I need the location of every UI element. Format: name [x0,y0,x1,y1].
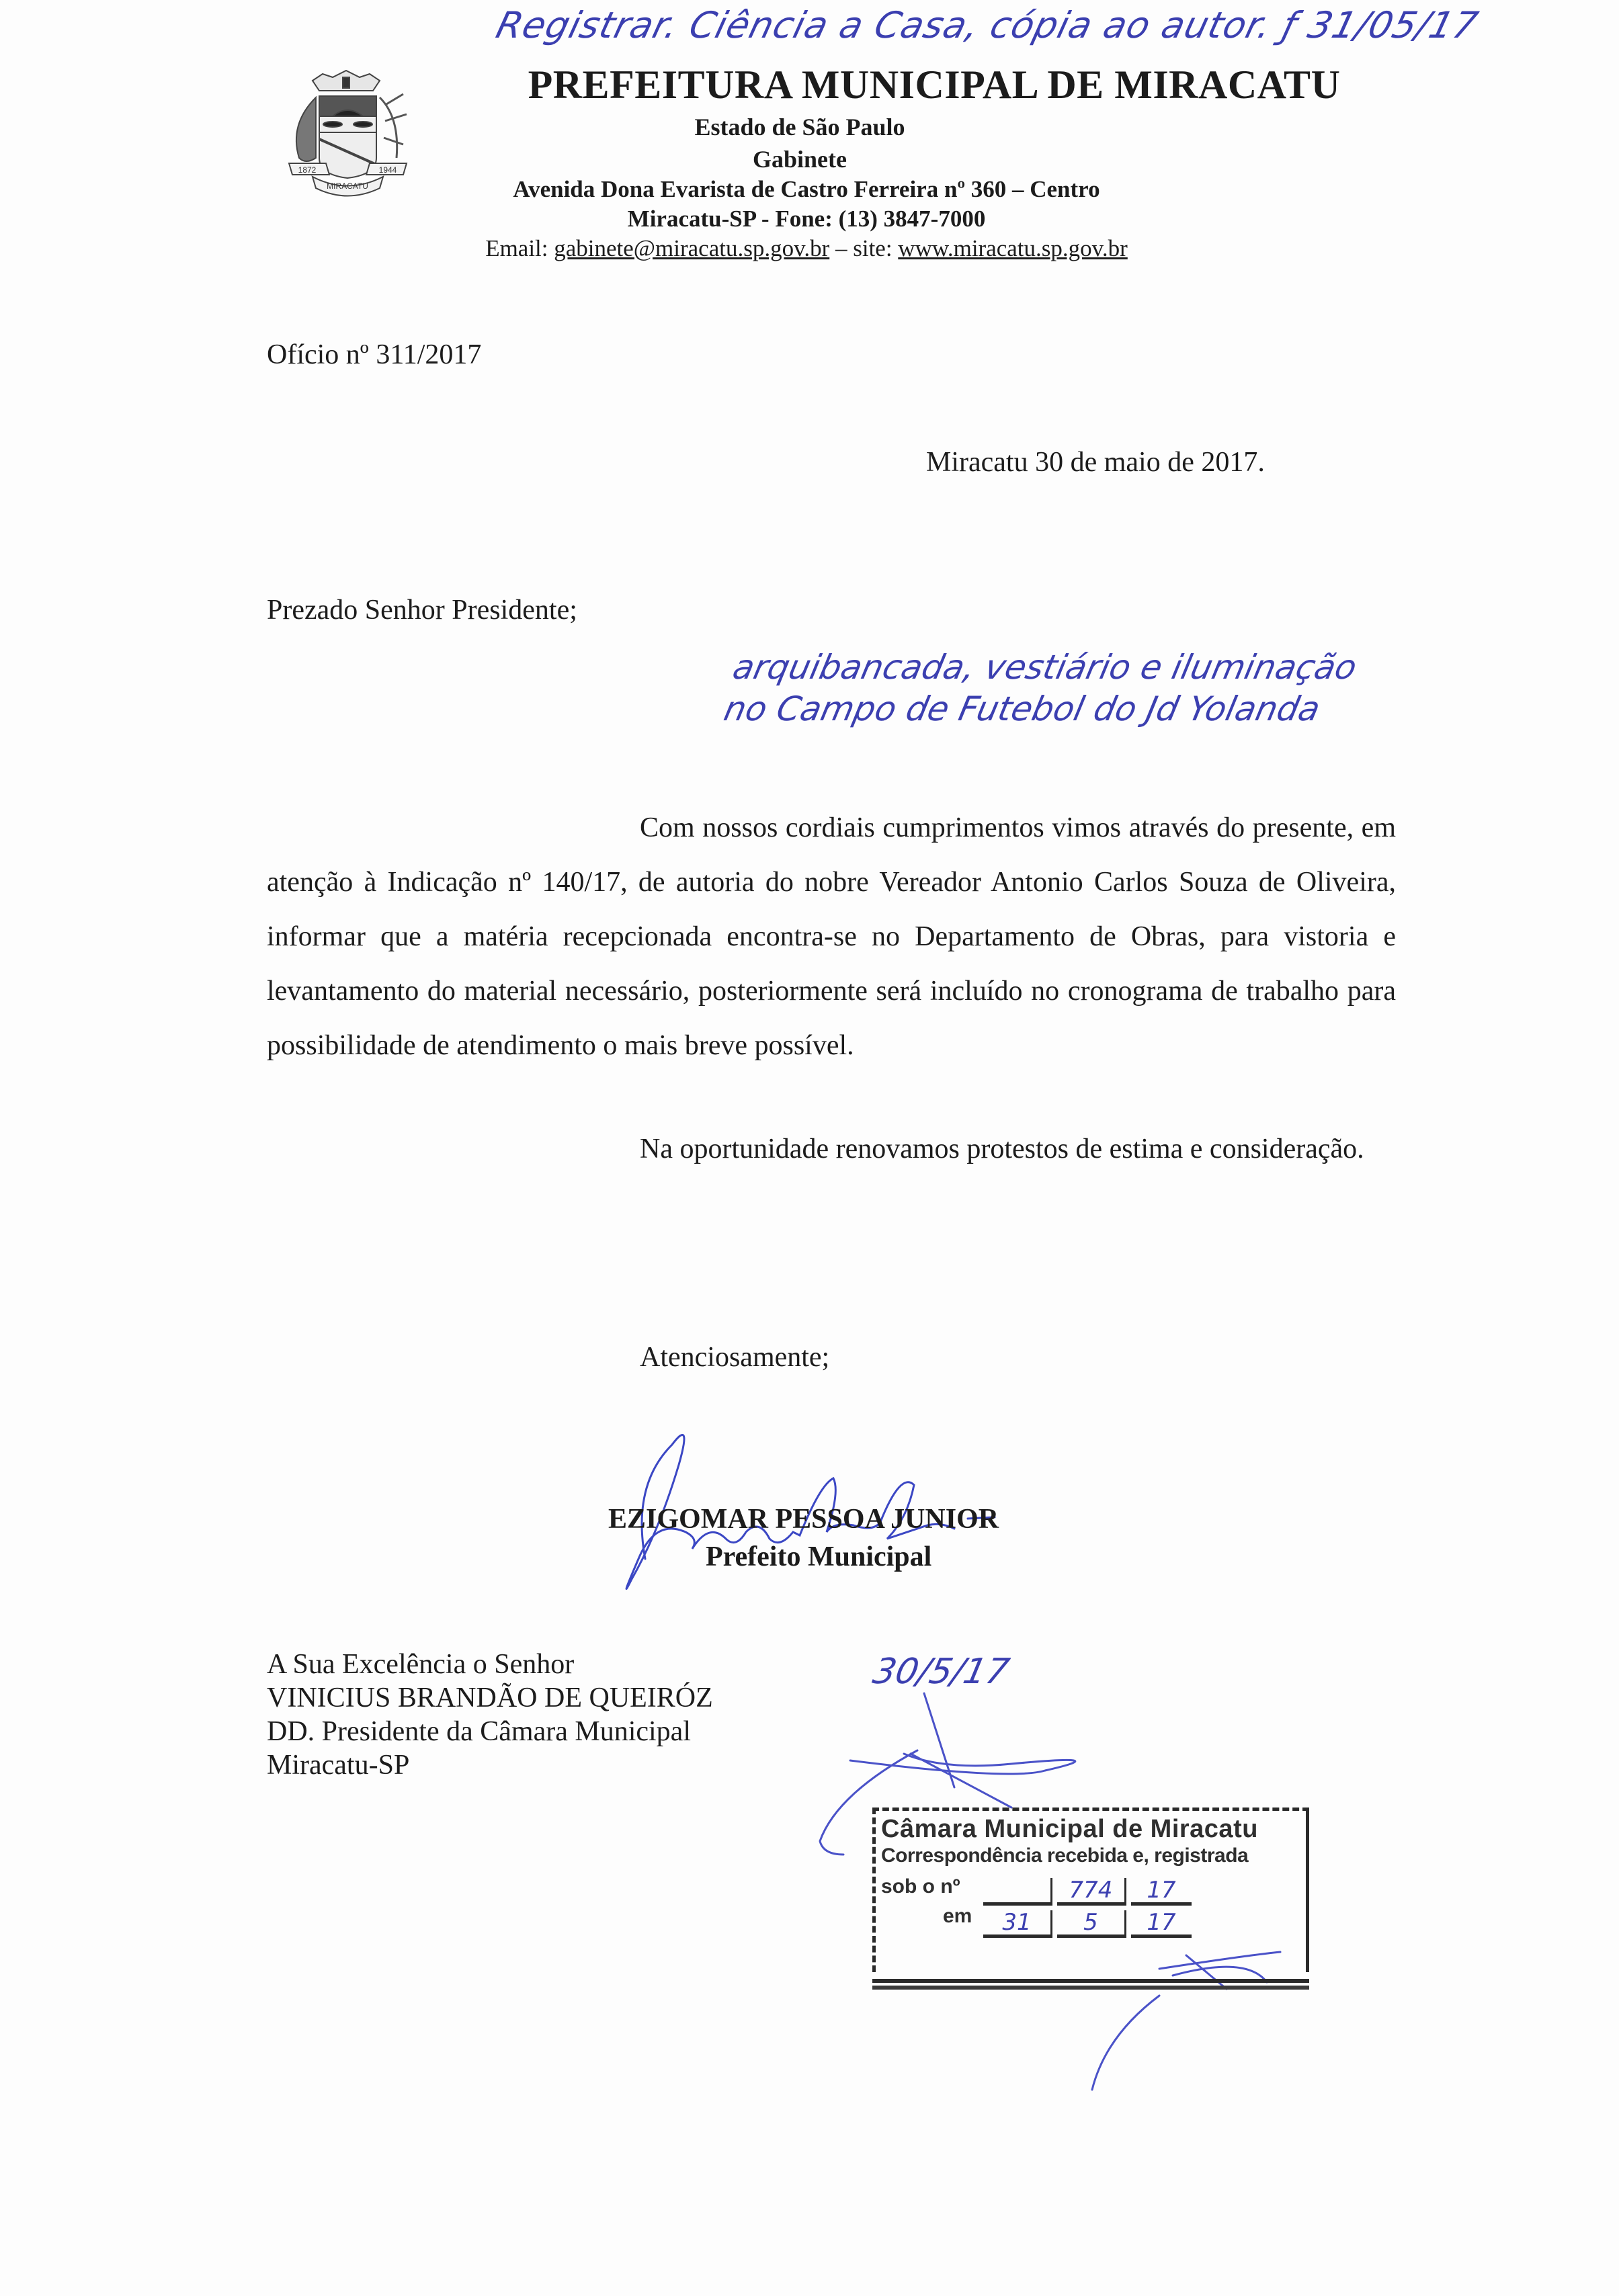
email-link[interactable]: gabinete@miracatu.sp.gov.br [554,235,829,261]
registration-date-part: 17 [1131,1910,1192,1938]
stamp-subtitle: Correspondência recebida e, registrada [881,1844,1248,1867]
receipt-stamp: Câmara Municipal de Miracatu Correspondê… [872,1808,1309,1972]
site-label: – site: [829,235,898,261]
registration-number-part: 774 [1057,1878,1126,1906]
handwritten-subject-line-2: no Campo de Futebol do Jd Yolanda [720,688,1352,730]
addressee-name: VINICIUS BRANDÃO DE QUEIRÓZ [267,1682,713,1714]
site-link[interactable]: www.miracatu.sp.gov.br [898,235,1128,261]
signer-title: Prefeito Municipal [706,1540,931,1574]
handwritten-receipt-date: 30/5/17 [870,1652,1013,1692]
registration-number-part: 17 [1131,1878,1192,1906]
registration-date-part: 5 [1057,1910,1126,1938]
organization-contact: Email: gabinete@miracatu.sp.gov.br – sit… [470,235,1143,262]
municipal-coat-of-arms-icon: 1872 1944 MIRACATU [265,57,427,205]
sign-off: Atenciosamente; [640,1341,829,1374]
handwritten-subject-line-1: arquibancada, vestiário e iluminação [729,646,1360,688]
organization-state: Estado de São Paulo [470,113,1129,141]
addressee-title: DD. Presidente da Câmara Municipal [267,1715,691,1748]
organization-address: Avenida Dona Evarista de Castro Ferreira… [470,176,1143,203]
stamp-bottom-rule [872,1979,1309,1983]
handwritten-subject: arquibancada, vestiário e iluminação no … [720,646,1360,730]
oficio-number: Ofício nº 311/2017 [267,338,481,372]
handwritten-dispatch-note: Registrar. Ciência a Casa, cópia ao auto… [492,4,1483,46]
organization-name: PREFEITURA MUNICIPAL DE MIRACATU [470,62,1398,108]
body-paragraph: Com nossos cordiais cumprimentos vimos a… [267,801,1396,1073]
addressee-city: Miracatu-SP [267,1749,409,1781]
stamp-date-label: em [943,1905,972,1928]
stamp-number-label: sob o nº [881,1875,960,1898]
organization-city-phone: Miracatu-SP - Fone: (13) 3847-7000 [470,206,1143,232]
scanned-letter-page: Registrar. Ciência a Casa, cópia ao auto… [0,0,1619,2296]
closing-paragraph: Na oportunidade renovamos protestos de e… [267,1122,1396,1177]
email-label: Email: [485,235,554,261]
coat-year-left: 1872 [298,165,317,175]
signer-name: EZIGOMAR PESSOA JUNIOR [608,1502,999,1536]
addressee-line: A Sua Excelência o Senhor [267,1648,574,1681]
salutation: Prezado Senhor Presidente; [267,593,577,627]
registration-number-part [983,1878,1052,1906]
registration-date-part: 31 [983,1910,1052,1938]
coat-year-right: 1944 [379,165,397,175]
stamp-title: Câmara Municipal de Miracatu [881,1815,1258,1844]
organization-department: Gabinete [470,145,1129,173]
letter-date: Miracatu 30 de maio de 2017. [926,445,1265,479]
coat-motto: MIRACATU [327,181,368,191]
